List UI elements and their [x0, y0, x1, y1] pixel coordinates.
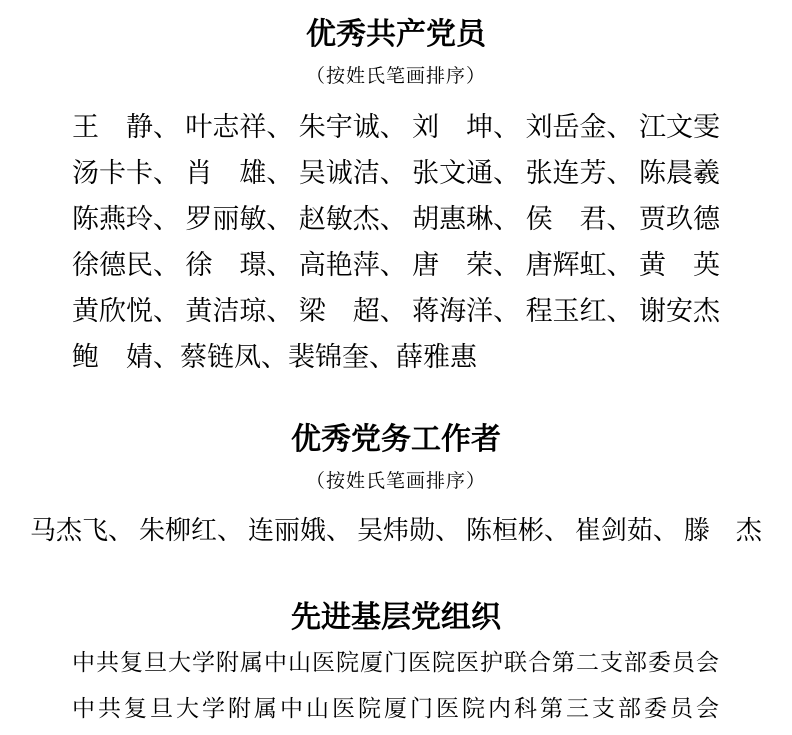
awardee-name: 汤卡卡、 — [72, 150, 180, 196]
awardee-name: 连丽娥、 — [248, 508, 352, 554]
organization-line: 中共复旦大学附属中山医院厦门医院内科第三支部委员会 — [72, 686, 722, 732]
award-document: 优秀共产党员 （按姓氏笔画排序） 王 静、叶志祥、朱宇诚、刘 坤、刘岳金、江文雯… — [0, 0, 792, 735]
awardee-name: 滕 杰 — [684, 508, 762, 554]
party-affairs-workers-name-list: 马杰飞、朱柳红、连丽娥、吴炜勋、陈桓彬、崔剑茹、滕 杰 — [30, 508, 762, 554]
awardee-name: 崔剑茹、 — [575, 508, 679, 554]
awardee-name: 唐 荣、 — [412, 242, 520, 288]
awardee-name: 薛雅惠 — [396, 334, 477, 380]
awardee-name: 张文通、 — [412, 150, 520, 196]
awardee-name: 程玉红、 — [526, 288, 634, 334]
organization-line: 中共复旦大学附属中山医院厦门医院医护联合第二支部委员会 — [72, 640, 722, 686]
awardee-name: 谢安杰 — [639, 288, 720, 334]
sort-note-stroke-order: （按姓氏笔画排序） — [0, 468, 792, 496]
awardee-name: 江文雯 — [639, 104, 720, 150]
awardee-name: 叶志祥、 — [185, 104, 293, 150]
awardee-name: 徐德民、 — [72, 242, 180, 288]
awardee-name: 陈燕玲、 — [72, 196, 180, 242]
awardee-name: 蒋海洋、 — [412, 288, 520, 334]
section-title-outstanding-party-affairs-workers: 优秀党务工作者 — [0, 420, 792, 460]
awardee-name: 王 静、 — [72, 104, 180, 150]
name-row: 王 静、叶志祥、朱宇诚、刘 坤、刘岳金、江文雯 — [72, 104, 720, 150]
awardee-name: 鲍 婧、 — [72, 334, 180, 380]
awardee-name: 罗丽敏、 — [185, 196, 293, 242]
awardee-name: 蔡链凤、 — [180, 334, 288, 380]
awardee-name: 唐辉虹、 — [526, 242, 634, 288]
sort-note-stroke-order: （按姓氏笔画排序） — [0, 63, 792, 91]
name-row: 汤卡卡、肖 雄、吴诚洁、张文通、张连芳、陈晨羲 — [72, 150, 720, 196]
awardee-name: 吴炜勋、 — [357, 508, 461, 554]
awardee-name: 侯 君、 — [526, 196, 634, 242]
name-row: 徐德民、徐 璟、高艳萍、唐 荣、唐辉虹、黄 英 — [72, 242, 720, 288]
awardee-name: 马杰飞、 — [30, 508, 134, 554]
awardee-name: 陈晨羲 — [639, 150, 720, 196]
party-members-name-list: 王 静、叶志祥、朱宇诚、刘 坤、刘岳金、江文雯汤卡卡、肖 雄、吴诚洁、张文通、张… — [72, 104, 720, 380]
awardee-name: 赵敏杰、 — [299, 196, 407, 242]
organization-list: 中共复旦大学附属中山医院厦门医院医护联合第二支部委员会中共复旦大学附属中山医院厦… — [72, 640, 722, 732]
awardee-name: 黄洁琼、 — [185, 288, 293, 334]
awardee-name: 高艳萍、 — [299, 242, 407, 288]
awardee-name: 朱柳红、 — [139, 508, 243, 554]
section-title-advanced-grassroots-organizations: 先进基层党组织 — [0, 598, 792, 638]
awardee-name: 黄 英 — [639, 242, 720, 288]
awardee-name: 贾玖德 — [639, 196, 720, 242]
awardee-name: 吴诚洁、 — [299, 150, 407, 196]
name-row: 鲍 婧、蔡链凤、裴锦奎、薛雅惠 — [72, 334, 720, 380]
awardee-name: 裴锦奎、 — [288, 334, 396, 380]
awardee-name: 陈桓彬、 — [466, 508, 570, 554]
name-row: 马杰飞、朱柳红、连丽娥、吴炜勋、陈桓彬、崔剑茹、滕 杰 — [30, 508, 762, 554]
awardee-name: 肖 雄、 — [185, 150, 293, 196]
awardee-name: 梁 超、 — [299, 288, 407, 334]
awardee-name: 朱宇诚、 — [299, 104, 407, 150]
awardee-name: 张连芳、 — [526, 150, 634, 196]
awardee-name: 刘 坤、 — [412, 104, 520, 150]
section-title-outstanding-party-members: 优秀共产党员 — [0, 15, 792, 55]
awardee-name: 徐 璟、 — [185, 242, 293, 288]
name-row: 陈燕玲、罗丽敏、赵敏杰、胡惠琳、侯 君、贾玖德 — [72, 196, 720, 242]
awardee-name: 胡惠琳、 — [412, 196, 520, 242]
awardee-name: 黄欣悦、 — [72, 288, 180, 334]
awardee-name: 刘岳金、 — [526, 104, 634, 150]
name-row: 黄欣悦、黄洁琼、梁 超、蒋海洋、程玉红、谢安杰 — [72, 288, 720, 334]
